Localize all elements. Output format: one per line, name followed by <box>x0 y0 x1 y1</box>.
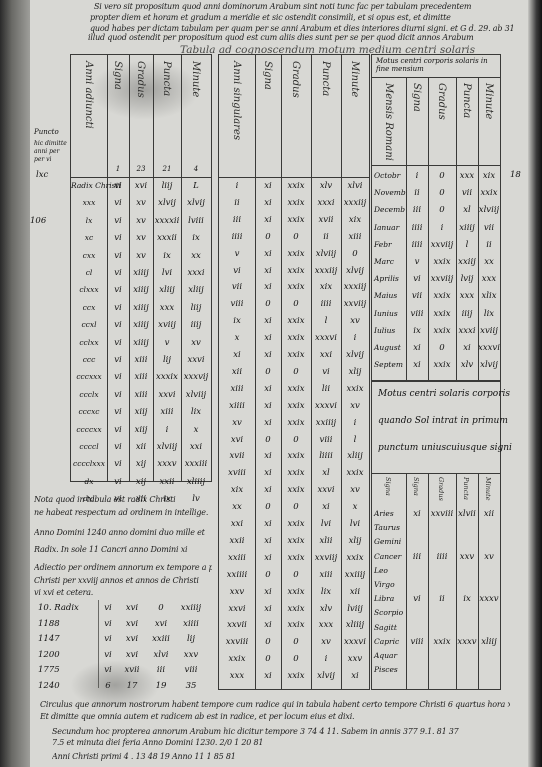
table-cell: xxxix <box>153 372 181 382</box>
header-divider <box>372 165 500 166</box>
table-cell: Maius <box>372 291 408 300</box>
table-cell: ccxl <box>71 320 107 329</box>
table-cell: vi <box>98 665 118 675</box>
margin-note: hic dimitte <box>34 140 67 147</box>
table-cell: Iunius <box>372 309 408 318</box>
header-number: 1 <box>107 165 129 173</box>
table-cell: xxx <box>478 274 500 284</box>
table-cell: xv <box>129 233 153 243</box>
header-divider <box>219 177 369 178</box>
table-cell: 0 <box>255 654 281 664</box>
table-cell: vi <box>107 320 129 330</box>
manuscript-page: Si vero sit propositum quod anni dominor… <box>0 0 542 767</box>
table-cell: vi <box>107 285 129 295</box>
column-header: Puncta <box>462 477 470 500</box>
table-cell: xiii <box>219 384 255 394</box>
table-cell: vi <box>107 233 129 243</box>
table-cell: iiii <box>219 232 255 242</box>
table-cell: xxix <box>281 249 311 259</box>
table-cell: Octobr <box>372 171 408 180</box>
column-header: Signa <box>412 477 420 496</box>
table-cell: xii <box>129 442 153 452</box>
column-divider <box>456 473 457 689</box>
table-cell: xxix <box>281 333 311 343</box>
group-header-divider <box>372 77 500 78</box>
caption-line: quando Sol intrat in primum <box>378 416 508 426</box>
table-cell: cclxx <box>71 338 107 347</box>
table-cell: xx <box>181 251 211 261</box>
table-cell: xxix <box>428 309 456 319</box>
table-cell: xxi <box>219 519 255 529</box>
table-cell: xxiiij <box>176 603 206 613</box>
table-cell: xiiij <box>129 268 153 278</box>
column-header: Signa <box>384 477 392 496</box>
note-line: Christi per xxviij annos et annos de Chr… <box>34 576 212 585</box>
table-cell: xi <box>255 485 281 495</box>
table-cell: xv <box>341 485 369 495</box>
table-cell: xxix <box>281 316 311 326</box>
table-cell: xi <box>255 519 281 529</box>
table-cell: i <box>341 418 369 428</box>
table-cell: i <box>341 333 369 343</box>
table-cell: 0 <box>428 171 456 181</box>
table-cell: vi <box>98 650 118 660</box>
table-cell: xc <box>71 233 107 242</box>
table-cell: 0 <box>428 188 456 198</box>
table-cell: xi <box>406 509 428 519</box>
note-line: Nota quod in tabula est radix Christi <box>34 495 212 504</box>
table-cell: xxix <box>281 401 311 411</box>
table-cell: xiiij <box>129 338 153 348</box>
table-cell: xxxiij <box>311 266 341 276</box>
table-cell: lvi <box>153 268 181 278</box>
table-cell: xiiij <box>129 303 153 313</box>
table-cell: xxxv <box>478 594 500 604</box>
column-header: Puncta <box>320 61 331 96</box>
table-cell: l <box>341 435 369 445</box>
table-cell: xv <box>478 552 500 562</box>
table-cell: iii <box>406 205 428 215</box>
table-cell: Ianuar <box>372 223 408 232</box>
top-note-line: Si vero sit propositum quod anni dominor… <box>94 2 471 11</box>
table-cell: August <box>372 343 408 352</box>
table-cell: 6 <box>98 681 118 691</box>
table-cell: xlix <box>478 291 500 301</box>
table-cell: xxxiij <box>341 198 369 208</box>
table-cell: xlv <box>311 181 341 191</box>
table-cell: vi <box>107 407 129 417</box>
column-divider <box>478 473 479 689</box>
column-header: Puncta <box>161 61 172 96</box>
table-cell: xx <box>219 502 255 512</box>
bottom-note-line: Et dimitte que omnia autem et radicem ab… <box>40 712 510 721</box>
table-cell: 0 <box>255 570 281 580</box>
table-cell: xxv <box>176 650 206 660</box>
table-cell: xv <box>129 198 153 208</box>
table-cell: vi <box>107 303 129 313</box>
table-cell: xiii <box>341 232 369 242</box>
table-cell: vii <box>456 188 478 198</box>
table-cell: xi <box>406 360 428 370</box>
table-cell: i <box>153 425 181 435</box>
table-cell: lii <box>311 384 341 394</box>
table-cell: Novemb <box>372 188 408 197</box>
table-cell: xi <box>311 502 341 512</box>
table-cell: Sagitt <box>372 623 408 632</box>
table-cell: i <box>406 171 428 181</box>
table-cell: xxxv <box>456 637 478 647</box>
table-cell: ix <box>456 594 478 604</box>
table-cell: xi <box>255 671 281 681</box>
sign-table: Motus centri solaris corporisquando Sol … <box>371 380 501 690</box>
table-cell: Gemini <box>372 537 408 546</box>
table-cell: xv <box>129 251 153 261</box>
table-cell: Radix Christi <box>71 181 107 190</box>
table-cell: xlvij <box>311 671 341 681</box>
table-cell: vi <box>311 367 341 377</box>
table-cell: xlvii <box>456 509 478 519</box>
table-cell: xlij <box>341 367 369 377</box>
table-cell: 0 <box>281 637 311 647</box>
table-cell: xix <box>478 171 500 181</box>
margin-note: 106 <box>30 216 46 226</box>
left-table-anni-adiuncti: Anni adiunctiSignaGradusPunctaMinuteRadi… <box>70 54 212 482</box>
table-cell: xxix <box>341 384 369 394</box>
table-cell: vi <box>107 442 129 452</box>
table-cell: xi <box>255 198 281 208</box>
table-cell: vii <box>478 223 500 233</box>
table-cell: ccccxx <box>71 425 107 434</box>
table-cell: xiiii <box>219 401 255 411</box>
table-cell: xxviij <box>428 240 456 250</box>
table-cell: x <box>341 502 369 512</box>
header-number: 4 <box>181 165 211 173</box>
table-cell: cxx <box>71 251 107 260</box>
table-cell: xxix <box>428 637 456 647</box>
table-cell: 0 <box>281 654 311 664</box>
table-cell: xxviij <box>311 553 341 563</box>
table-cell: 19 <box>148 681 174 691</box>
table-cell: vi <box>219 266 255 276</box>
right-table-menses: Motus centri corporis solaris in fine me… <box>371 54 501 382</box>
table-cell: iiii <box>428 552 456 562</box>
column-header: Gradus <box>436 83 447 120</box>
table-cell: xiij <box>129 425 153 435</box>
table-cell: xv <box>181 338 211 348</box>
table-cell: xi <box>255 401 281 411</box>
group-header: Motus centri corporis solaris in fine me… <box>376 57 496 73</box>
table-cell: ii <box>219 198 255 208</box>
table-cell: lvi <box>341 519 369 529</box>
column-header: Gradus <box>290 61 301 98</box>
table-cell: 0 <box>255 502 281 512</box>
table-cell: vi <box>107 425 129 435</box>
table-cell: lij <box>153 355 181 365</box>
column-header: Signa <box>112 61 123 90</box>
table-cell: xxix <box>281 181 311 191</box>
table-cell: ccclx <box>71 390 107 399</box>
table-cell: xii <box>219 367 255 377</box>
table-cell: xxix <box>281 553 311 563</box>
table-cell: 0 <box>255 367 281 377</box>
table-cell: Taurus <box>372 523 408 532</box>
table-cell: lviij <box>341 604 369 614</box>
table-cell: xxxiij <box>341 282 369 292</box>
table-cell: vi <box>107 477 129 487</box>
table-cell: xxxvi <box>341 637 369 647</box>
bottom-note-line: Secundum hoc propterea annorum Arabum hi… <box>52 727 522 736</box>
table-cell: vi <box>98 634 118 644</box>
table-cell: xlviij <box>153 442 181 452</box>
table-cell: xxv <box>456 552 478 562</box>
table-cell: Aquar <box>372 651 408 660</box>
table-cell: cccxc <box>71 407 107 416</box>
table-cell: xvii <box>118 665 146 675</box>
table-cell: xlij <box>341 536 369 546</box>
table-cell: xxix <box>428 257 456 267</box>
table-cell: vi <box>107 459 129 469</box>
table-cell: 0 <box>255 232 281 242</box>
table-cell: xlvij <box>153 198 181 208</box>
table-cell: xliij <box>153 285 181 295</box>
table-cell: ii <box>406 188 428 198</box>
table-cell: iiii <box>311 299 341 309</box>
table-cell: xxxxii <box>153 216 181 226</box>
table-cell: xv <box>219 418 255 428</box>
table-cell: xi <box>255 553 281 563</box>
table-cell: xlvij <box>181 198 211 208</box>
table-cell: dx <box>71 477 107 486</box>
note-line: Anno Domini 1240 anno domini duo mille e… <box>34 528 212 537</box>
table-cell: ii <box>428 594 456 604</box>
table-cell: viii <box>406 637 428 647</box>
table-cell: ix <box>219 316 255 326</box>
table-cell: 1240 <box>38 681 88 691</box>
table-cell: iiii <box>406 240 428 250</box>
note-line: Adiectio per ordinem annorum ex tempore … <box>34 563 212 572</box>
bottom-note-line: Anni Christi primi 4 . 13 48 19 Anno 11 … <box>52 752 522 761</box>
table-cell: viii <box>219 299 255 309</box>
table-cell: xxix <box>281 418 311 428</box>
table-cell: xv <box>341 316 369 326</box>
table-cell: xxix <box>281 384 311 394</box>
table-cell: lvij <box>456 274 478 284</box>
table-cell: Febr <box>372 240 408 249</box>
table-cell: xxvi <box>181 355 211 365</box>
table-cell: Iulius <box>372 326 408 335</box>
table-cell: xv <box>129 216 153 226</box>
table-cell: xi <box>341 671 369 681</box>
table-cell: xxxi <box>181 268 211 278</box>
column-header: Puncta <box>461 83 472 118</box>
table-cell: Decemb <box>372 205 408 214</box>
table-cell: 0 <box>428 343 456 353</box>
table-cell: xi <box>255 620 281 630</box>
table-cell: xij <box>129 459 153 469</box>
header-number: 21 <box>153 165 181 173</box>
table-cell: v <box>153 338 181 348</box>
table-cell: vi <box>107 390 129 400</box>
margin-note: anni per <box>34 148 59 155</box>
table-cell: xxviij <box>341 299 369 309</box>
table-cell: ccc <box>71 355 107 364</box>
table-cell: clxxx <box>71 285 107 294</box>
table-cell: vi <box>107 268 129 278</box>
table-cell: xxix <box>281 519 311 529</box>
table-cell: xxxi <box>311 198 341 208</box>
table-cell: xvi <box>118 650 146 660</box>
table-cell: xxxvi <box>311 333 341 343</box>
table-cell: l <box>456 240 478 250</box>
table-cell: xlvi <box>148 650 174 660</box>
table-cell: xix <box>219 485 255 495</box>
table-cell: Pisces <box>372 665 408 674</box>
table-cell: 0 <box>255 637 281 647</box>
table-cell: xij <box>129 477 153 487</box>
table-cell: xvi <box>148 619 174 629</box>
table-cell: xxxvi <box>478 343 500 353</box>
table-cell: xxix <box>219 654 255 664</box>
table-cell: xi <box>255 604 281 614</box>
table-cell: xlviij <box>478 205 500 215</box>
table-cell: vi <box>98 603 118 613</box>
column-header: Signa <box>411 83 422 112</box>
table-cell: xxviii <box>219 637 255 647</box>
column-header: Minute <box>190 61 201 97</box>
table-cell: xi <box>219 350 255 360</box>
table-cell: viii <box>406 309 428 319</box>
table-cell: xxx <box>71 198 107 207</box>
table-cell: xi <box>255 249 281 259</box>
table-cell: Cancer <box>372 552 408 561</box>
column-header: Signa <box>262 61 273 90</box>
note-line: vi xvi et cetera. <box>34 588 212 597</box>
table-cell: xxv <box>341 654 369 664</box>
table-cell: cl <box>71 268 107 277</box>
table-cell: xv <box>311 637 341 647</box>
table-cell: xxviii <box>428 509 456 519</box>
table-cell: xvii <box>311 215 341 225</box>
table-cell: xxix <box>281 215 311 225</box>
table-cell: xxix <box>281 671 311 681</box>
table-cell: iii <box>148 665 174 675</box>
table-cell: Scorpio <box>372 608 408 617</box>
table-cell: cccxxx <box>71 372 107 381</box>
table-cell: iii <box>219 215 255 225</box>
table-cell: lvi <box>311 519 341 529</box>
column-rule <box>98 600 99 688</box>
table-cell: vi <box>107 198 129 208</box>
table-cell: xxiiij <box>311 418 341 428</box>
table-cell: ccccl <box>71 442 107 451</box>
table-cell: xi <box>255 468 281 478</box>
table-cell: xxvi <box>311 485 341 495</box>
table-cell: 0 <box>341 249 369 259</box>
table-cell: vi <box>107 181 129 191</box>
table-cell: xxxiii <box>181 459 211 469</box>
table-cell: iiii <box>406 223 428 233</box>
table-cell: xviij <box>478 326 500 336</box>
table-cell: ix <box>406 326 428 336</box>
caption-line: Motus centri solaris corporis <box>378 389 510 399</box>
table-cell: xliij <box>341 451 369 461</box>
table-cell: xxix <box>428 360 456 370</box>
table-cell: iiij <box>181 320 211 330</box>
table-cell: xxix <box>281 468 311 478</box>
table-cell: xvii <box>219 451 255 461</box>
table-cell: 0 <box>281 502 311 512</box>
table-cell: xxi <box>181 442 211 452</box>
table-cell: xliiij <box>181 477 211 487</box>
table-cell: xi <box>255 536 281 546</box>
table-cell: xi <box>255 316 281 326</box>
table-cell: xxviij <box>428 274 456 284</box>
table-cell: xiii <box>311 570 341 580</box>
table-cell: cccclxxx <box>71 459 107 468</box>
table-cell: 10. Radix <box>38 603 88 613</box>
table-cell: xxix <box>428 326 456 336</box>
bottom-note-line: 7.5 et minuta diei feria Anno Domini 123… <box>52 738 522 747</box>
table-cell: xviii <box>219 468 255 478</box>
column-divider <box>428 473 429 689</box>
table-cell: xlv <box>456 360 478 370</box>
table-cell: xxix <box>341 553 369 563</box>
column-header: Mensis Romani <box>383 83 394 161</box>
table-cell: xlvij <box>341 266 369 276</box>
table-cell: xiiij <box>456 223 478 233</box>
table-cell: xlviij <box>311 249 341 259</box>
table-cell: 0 <box>255 299 281 309</box>
table-cell: vii <box>219 282 255 292</box>
page-edge <box>528 0 542 767</box>
table-cell: xliij <box>478 637 500 647</box>
table-cell: 0 <box>281 570 311 580</box>
table-cell: xxix <box>478 188 500 198</box>
table-cell: Capric <box>372 637 408 646</box>
table-cell: xxxii <box>153 233 181 243</box>
table-cell: vi <box>406 594 428 604</box>
table-cell: Aprilis <box>372 274 408 283</box>
table-cell: xxx <box>456 291 478 301</box>
table-cell: xi <box>255 350 281 360</box>
table-cell: xi <box>255 451 281 461</box>
table-cell: ii <box>311 232 341 242</box>
table-cell: 0 <box>281 367 311 377</box>
table-cell: xxix <box>281 604 311 614</box>
table-cell: xxix <box>281 485 311 495</box>
table-cell: xi <box>255 181 281 191</box>
table-cell: xxix <box>281 451 311 461</box>
table-cell: vi <box>107 355 129 365</box>
header-divider <box>71 177 211 178</box>
table-cell: vi <box>107 372 129 382</box>
table-cell: xi <box>456 343 478 353</box>
table-cell: x <box>219 333 255 343</box>
top-note-line: propter diem et horam et gradum a meridi… <box>90 13 451 22</box>
table-cell: xi <box>255 333 281 343</box>
table-cell: lix <box>478 309 500 319</box>
table-cell: xxiij <box>456 257 478 267</box>
table-cell: xxvi <box>153 390 181 400</box>
table-cell: xxx <box>456 171 478 181</box>
table-cell: xix <box>311 282 341 292</box>
table-cell: xl <box>456 205 478 215</box>
table-cell: xl <box>311 468 341 478</box>
table-cell: xxxv <box>153 459 181 469</box>
table-cell: xiiij <box>129 285 153 295</box>
table-cell: i <box>311 654 341 664</box>
table-cell: vi <box>98 619 118 629</box>
